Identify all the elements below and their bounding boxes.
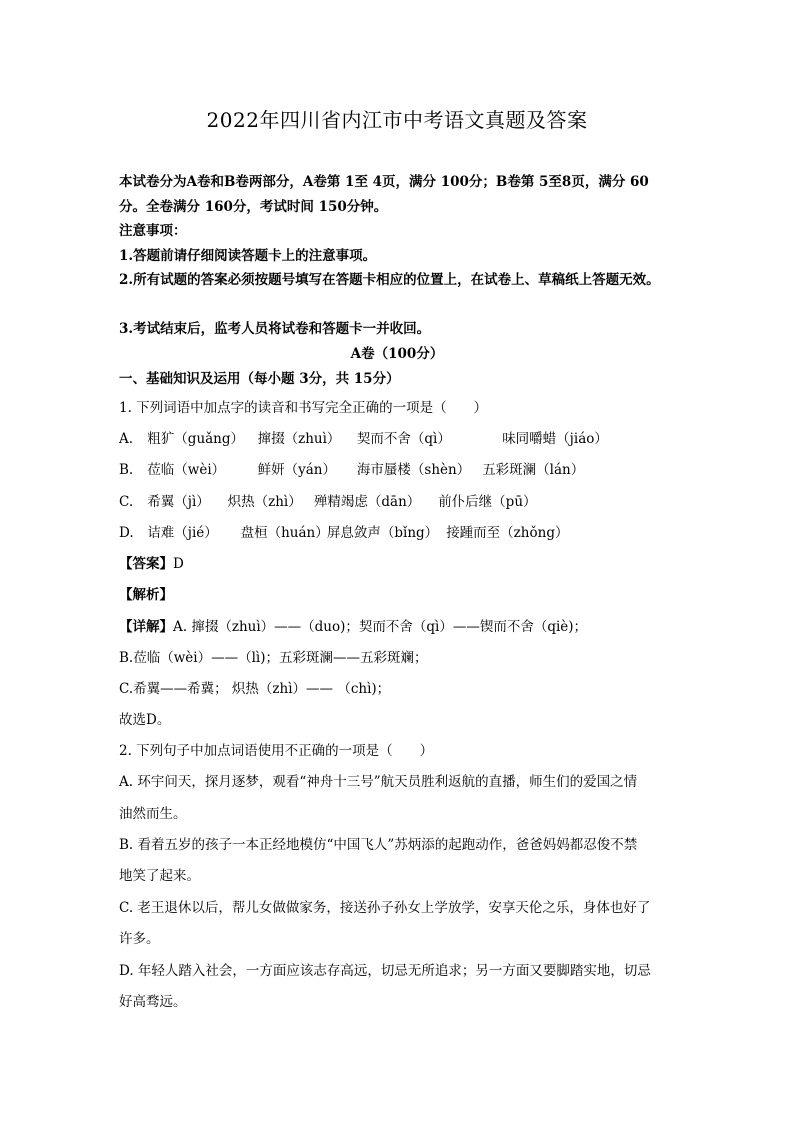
document-title: 2022年四川省内江市中考语文真题及答案 [0, 104, 794, 133]
option-item: 盘桓（huán） [241, 523, 323, 543]
analysis-label: 【解析】 [119, 585, 173, 605]
question-2-option-d-line2: 好高骛远。 [119, 992, 187, 1012]
detail-conclusion: 故选D。 [119, 710, 170, 730]
question-2-option-b-line1: B. 看着五岁的孩子一本正经地模仿“中国飞人”苏炳添的起跑动作，爸爸妈妈都忍俊不… [119, 835, 637, 855]
answer-value: D [173, 556, 184, 572]
question-2-option-d-line1: D. 年轻人踏入社会，一方面应该志存高远，切忌无所追求；另一方面又要脚踏实地，切… [119, 961, 651, 981]
section-a-heading: A卷（100分） [0, 344, 794, 364]
question-1-stem: 1. 下列词语中加点字的读音和书写完全正确的一项是（ ） [119, 398, 487, 418]
option-item: 莅临（wèi） [147, 460, 253, 480]
question-2-option-a-line2: 油然而生。 [119, 804, 187, 824]
option-label: B. [119, 460, 143, 480]
question-2-option-b-line2: 地笑了起来。 [119, 866, 200, 886]
detail-text: A. 撺掇（zhuì）——（duo)；契而不舍（qì）——锲而不舍（qiè)； [173, 619, 587, 635]
question-1-option-b: B. 莅临（wèi） 鲜妍（yán） 海市蜃楼（shèn） 五彩斑澜（lán） [119, 460, 584, 480]
notice-item-1: 1.答题前请仔细阅读答题卡上的注意事项。 [119, 246, 376, 266]
option-item: 接踵而至（zhǒng） [446, 523, 568, 543]
question-2-stem: 2. 下列句子中加点词语使用不正确的一项是（ ） [119, 741, 433, 761]
detail-line-3: C.希翼——希冀； 炽热（zhì）—— （chì)； [119, 679, 390, 699]
option-item: 契而不舍（qì） [357, 429, 498, 449]
option-item: 海市蜃楼（shèn） [357, 460, 478, 480]
answer-line: 【答案】D [119, 554, 184, 574]
option-label: C. [119, 492, 143, 512]
option-item: 殚精竭虑（dān） [314, 492, 434, 512]
notice-item-2: 2.所有试题的答案必须按题号填写在答题卡相应的位置上，在试卷上、草稿纸上答题无效… [119, 270, 660, 290]
notice-heading: 注意事项： [119, 221, 187, 241]
option-item: 诘难（jié） [147, 523, 236, 543]
detail-line-1: 【详解】A. 撺掇（zhuì）——（duo)；契而不舍（qì）——锲而不舍（qi… [119, 617, 587, 637]
question-2-option-a-line1: A. 环宇问天，探月逐梦，观看“神舟十三号”航天员胜利返航的直播，师生们的爱国之… [119, 772, 637, 792]
option-item: 粗犷（guǎng） [147, 429, 253, 449]
question-2-option-c-line1: C. 老王退休以后，帮儿女做做家务，接送孙子孙女上学放学，安享天伦之乐，身体也好… [119, 898, 650, 918]
option-label: D. [119, 523, 143, 543]
option-item: 撺掇（zhuì） [258, 429, 353, 449]
part-one-heading: 一、基础知识及运用（每小题 3分，共 15分） [119, 369, 400, 389]
option-item: 炽热（zhì） [228, 492, 310, 512]
detail-label: 【详解】 [119, 619, 173, 635]
question-1-option-d: D. 诘难（jié） 盘桓（huán） 屏息敛声（bǐng） 接踵而至（zhǒn… [119, 523, 568, 543]
instructions-intro-line2: 分。全卷满分 160分，考试时间 150分钟。 [119, 197, 387, 217]
answer-label: 【答案】 [119, 556, 173, 572]
question-2-option-c-line2: 许多。 [119, 929, 160, 949]
question-1-option-a: A. 粗犷（guǎng） 撺掇（zhuì） 契而不舍（qì） 味同嚼蜡（jiáo… [119, 429, 608, 449]
option-item: 五彩斑澜（lán） [482, 460, 584, 480]
detail-line-2: B.莅临（wèi）——（lì)；五彩斑澜——五彩斑斓； [119, 648, 427, 668]
option-item: 味同嚼蜡（jiáo） [502, 429, 608, 449]
option-item: 希翼（jì） [147, 492, 223, 512]
option-label: A. [119, 429, 143, 449]
option-item: 前仆后继（pū） [438, 492, 536, 512]
instructions-intro-line1: 本试卷分为A卷和B卷两部分，A卷第 1至 4页，满分 100分；B卷第 5至8页… [119, 172, 649, 192]
option-item: 屏息敛声（bǐng） [327, 523, 442, 543]
document-page: 2022年四川省内江市中考语文真题及答案 本试卷分为A卷和B卷两部分，A卷第 1… [0, 0, 794, 1123]
question-1-option-c: C. 希翼（jì） 炽热（zhì） 殚精竭虑（dān） 前仆后继（pū） [119, 492, 537, 512]
option-item: 鲜妍（yán） [258, 460, 353, 480]
notice-item-3: 3.考试结束后，监考人员将试卷和答题卡一并收回。 [119, 319, 430, 339]
